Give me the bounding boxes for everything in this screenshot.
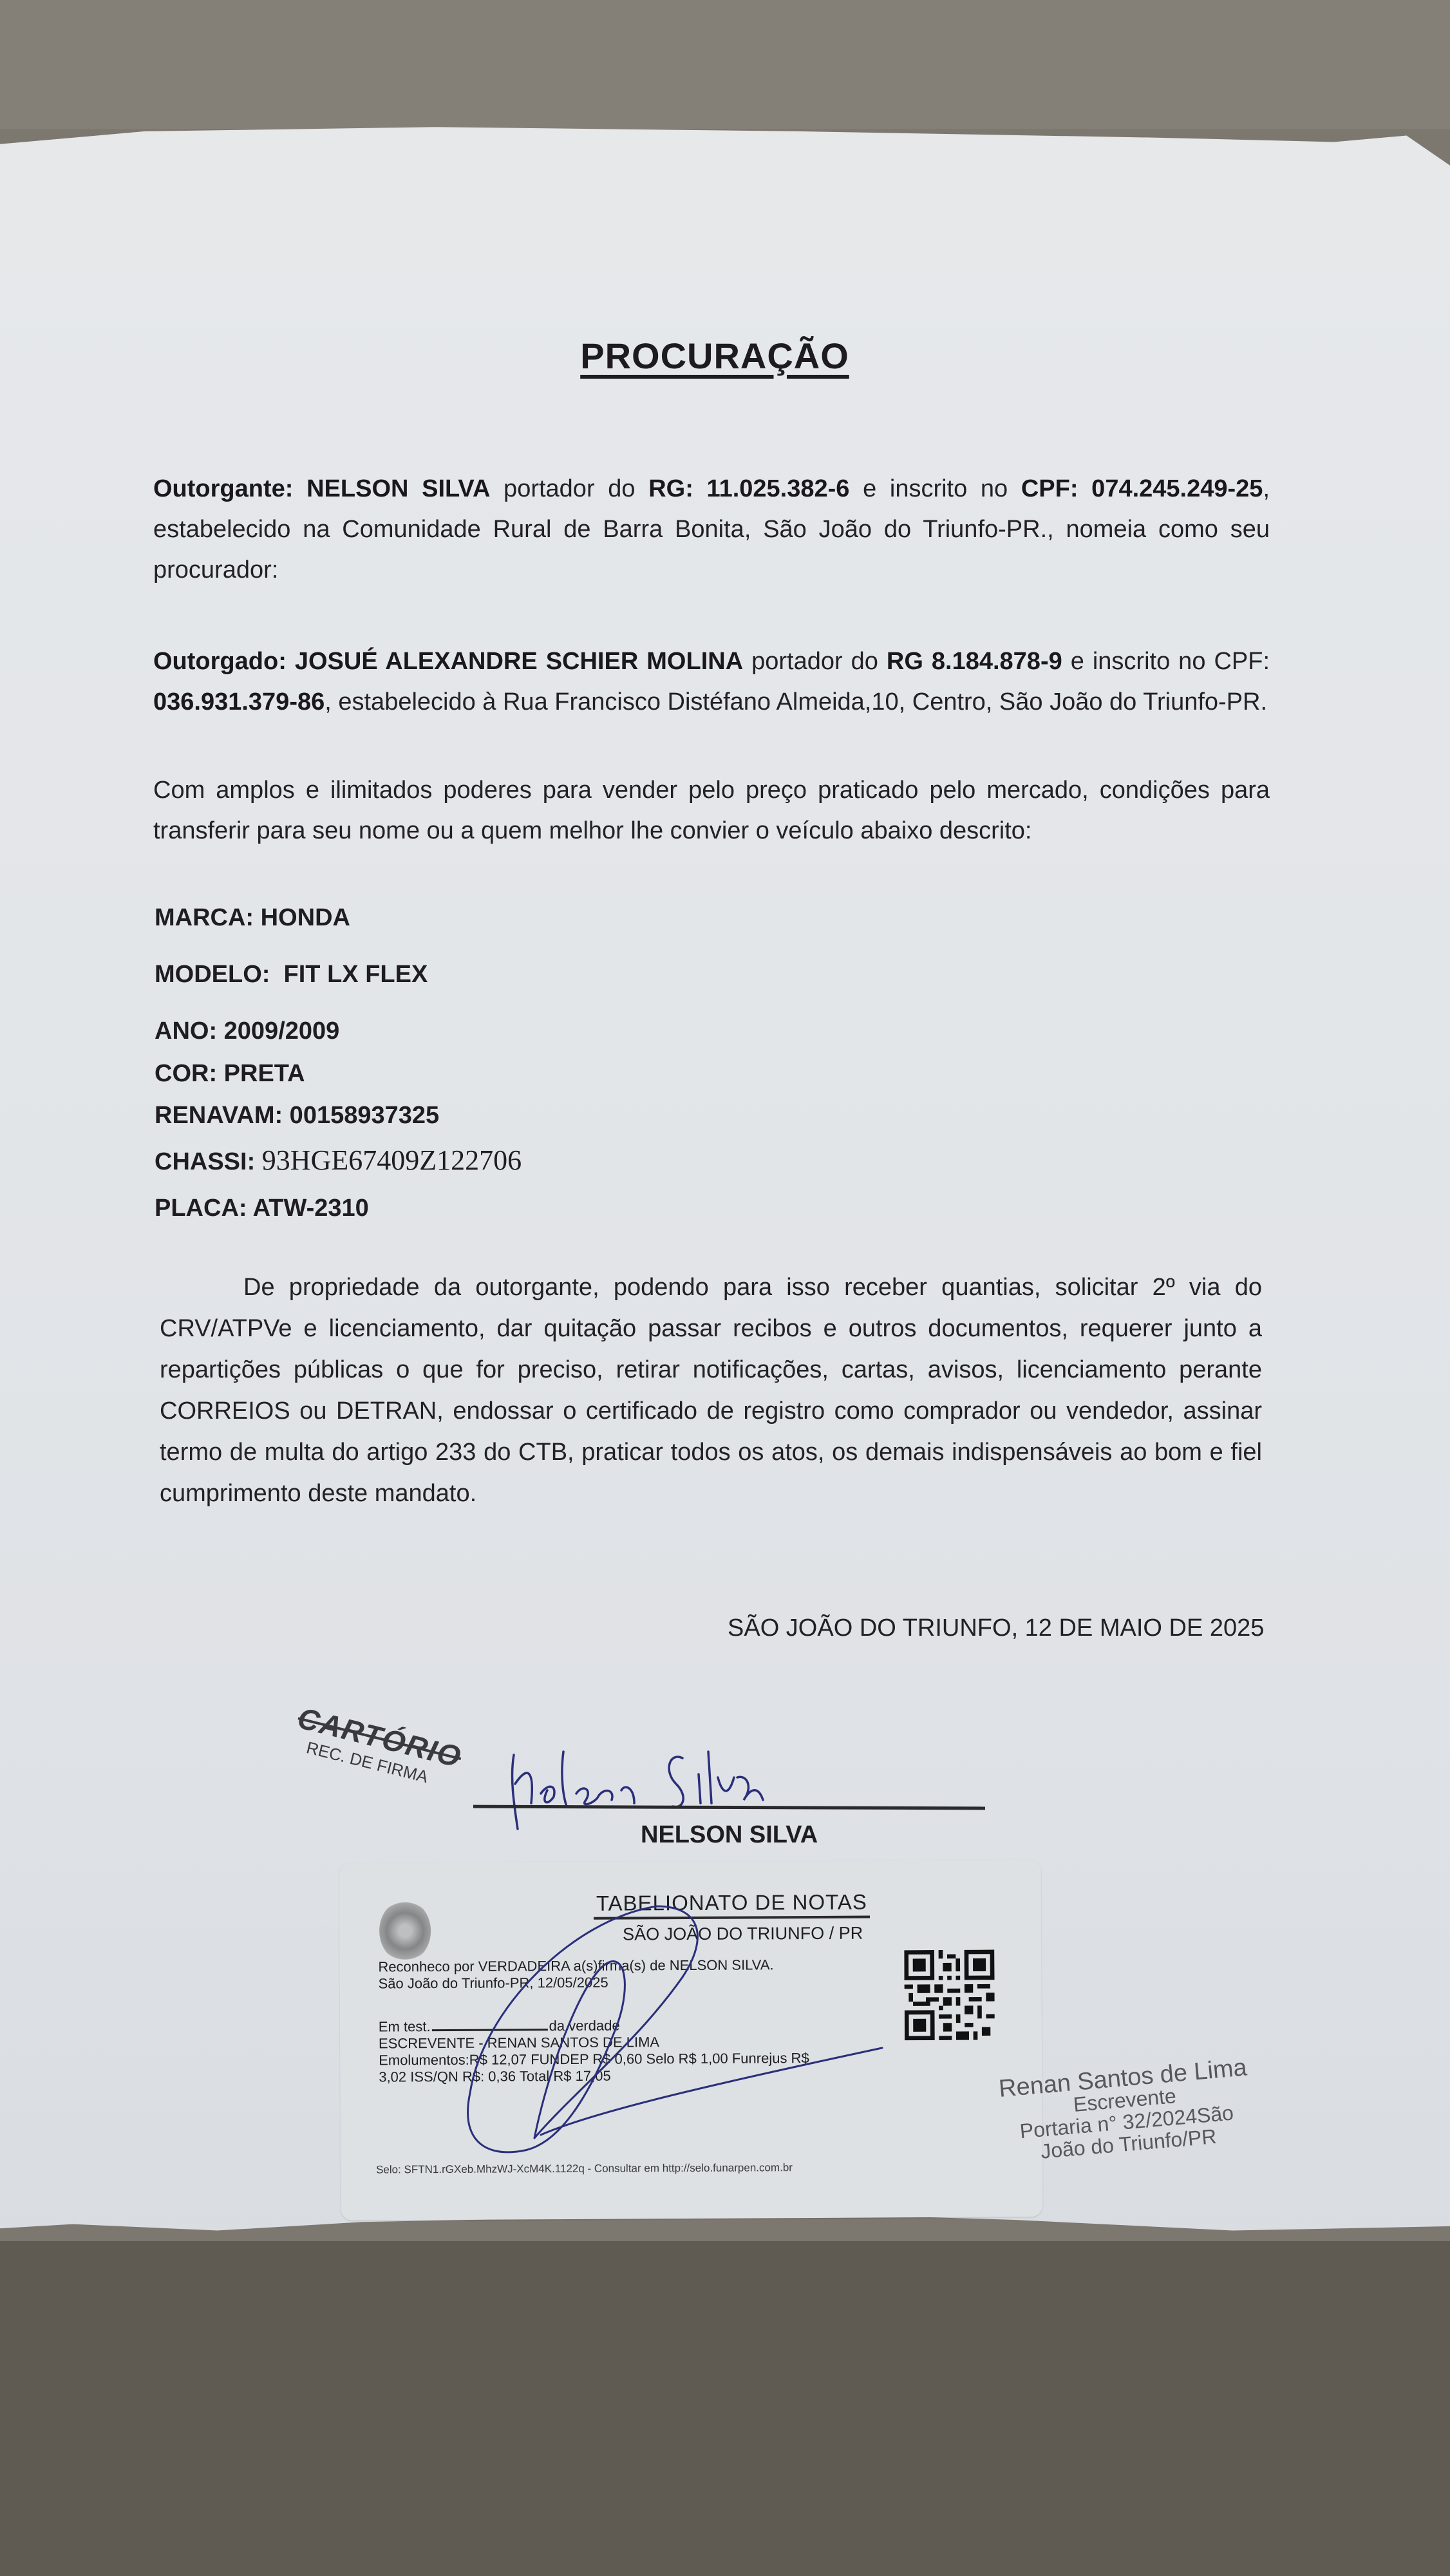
vehicle-cor: COR: PRETA: [155, 1060, 305, 1088]
grantor-rg-text: portador do: [490, 475, 648, 502]
background-bottom: [0, 2241, 1450, 2576]
vehicle-ano: ANO: 2009/2009: [155, 1018, 339, 1045]
grantor-label: Outorgante:: [153, 475, 293, 502]
grantee-rg-text: portador do: [743, 648, 887, 675]
vehicle-placa: PLACA: ATW-2310: [155, 1195, 369, 1222]
vehicle-renavam: RENAVAM: 00158937325: [155, 1102, 439, 1130]
chassi-label: CHASSI:: [155, 1148, 262, 1175]
grantee-cpf: 036.931.379-86: [153, 688, 325, 715]
grantor-cpf: CPF: 074.245.249-25: [1021, 475, 1263, 502]
grantee-name: JOSUÉ ALEXANDRE SCHIER MOLINA: [295, 648, 743, 675]
grantee-address: , estabelecido à Rua Francisco Distéfano…: [325, 688, 1267, 715]
grantee-paragraph: Outorgado: JOSUÉ ALEXANDRE SCHIER MOLINA…: [153, 641, 1270, 723]
notary-signature: [380, 1880, 959, 2164]
grantor-cpf-text: e inscrito no: [849, 475, 1021, 502]
grantor-paragraph: Outorgante: NELSON SILVA portador do RG:…: [153, 469, 1270, 591]
grantor-name: NELSON SILVA: [306, 475, 490, 502]
place-date: SÃO JOÃO DO TRIUNFO, 12 DE MAIO DE 2025: [728, 1615, 1264, 1642]
signatory-name: NELSON SILVA: [641, 1821, 818, 1849]
vehicle-chassi: CHASSI: 93HGE67409Z122706: [155, 1144, 522, 1177]
background-top: [0, 0, 1450, 129]
grantee-label: Outorgado:: [153, 648, 287, 675]
vehicle-modelo: MODELO: FIT LX FLEX: [155, 961, 428, 989]
powers-detail: De propriedade da outorgante, podendo pa…: [160, 1267, 1262, 1514]
grantee-rg: RG 8.184.878-9: [887, 648, 1062, 675]
grantor-rg: RG: 11.025.382-6: [648, 475, 849, 502]
vehicle-marca: MARCA: HONDA: [155, 904, 350, 932]
powers-intro: Com amplos e ilimitados poderes para ven…: [153, 770, 1270, 851]
document-title: PROCURAÇÃO: [0, 335, 1429, 377]
chassi-value: 93HGE67409Z122706: [262, 1144, 522, 1176]
grantee-cpf-text: e inscrito no CPF:: [1062, 648, 1270, 675]
